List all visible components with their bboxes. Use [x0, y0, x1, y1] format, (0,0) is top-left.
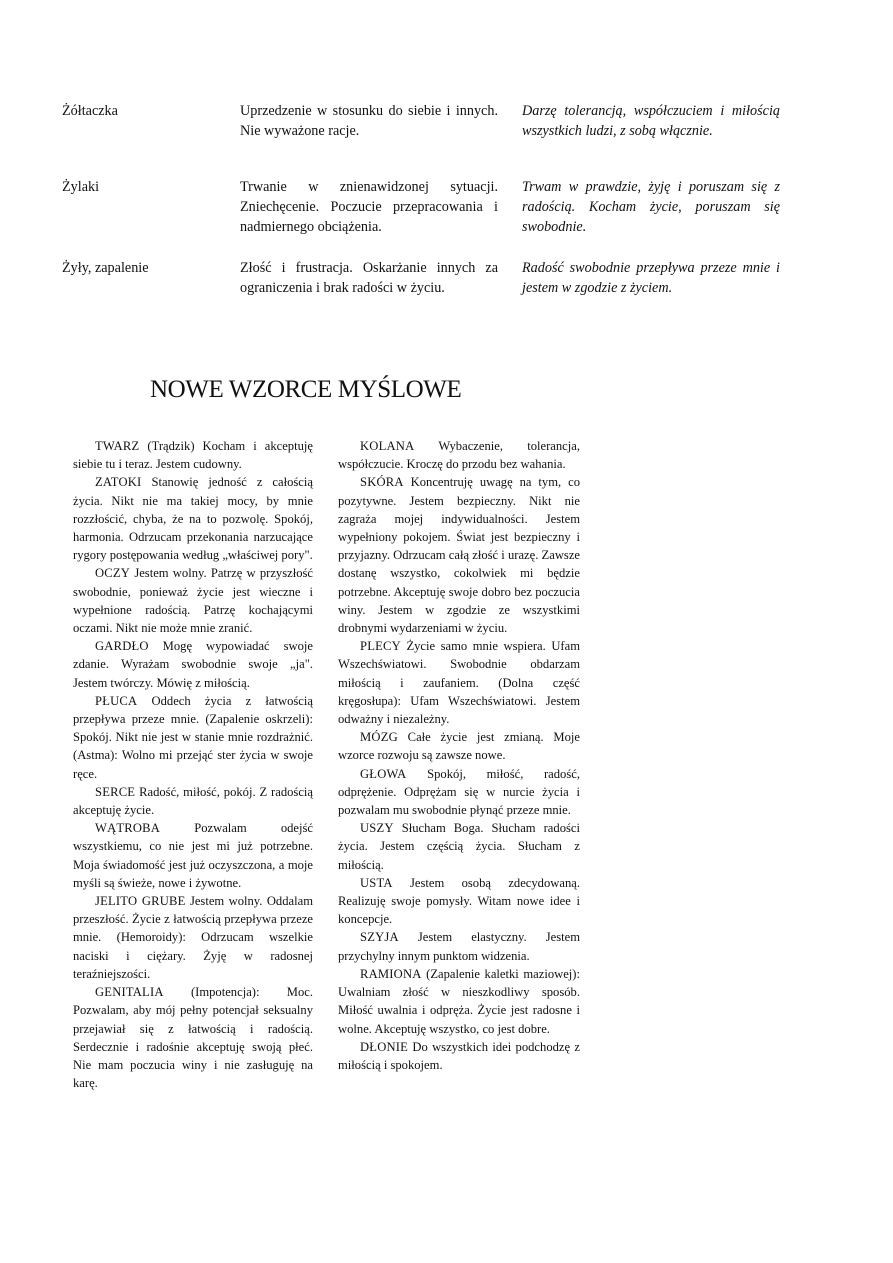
entry-paragraph: TWARZ (Trądzik) Kocham i akceptuję siebi…	[73, 437, 313, 473]
entry-heading: ZATOKI	[95, 475, 141, 489]
entry-heading: SZYJA	[360, 930, 399, 944]
entry-paragraph: SERCE Radość, miłość, pokój. Z radością …	[73, 783, 313, 819]
entry-heading: RAMIONA	[360, 967, 422, 981]
probable-cause: Uprzedzenie w stosunku do siebie i innyc…	[240, 101, 498, 141]
entry-heading: USTA	[360, 876, 393, 890]
entry-heading: KOLANA	[360, 439, 414, 453]
entry-heading: SERCE	[95, 785, 135, 799]
entry-paragraph: MÓZG Całe życie jest zmianą. Moje wzorce…	[338, 728, 580, 764]
entry-heading: MÓZG	[360, 730, 398, 744]
new-thought-pattern: Radość swobodnie przepływa przeze mnie i…	[522, 258, 780, 298]
ailment-term: Żyły, zapalenie	[62, 258, 222, 278]
entry-paragraph: USZY Słucham Boga. Słucham radości życia…	[338, 819, 580, 874]
entry-paragraph: WĄTROBA Pozwalam odejść wszystkiemu, co …	[73, 819, 313, 892]
entry-paragraph: DŁONIE Do wszystkich idei podchodzę z mi…	[338, 1038, 580, 1074]
entry-heading: TWARZ	[95, 439, 139, 453]
entry-paragraph: PLECY Życie samo mnie wspiera. Ufam Wsze…	[338, 637, 580, 728]
entry-heading: PLECY	[360, 639, 401, 653]
entry-heading: WĄTROBA	[95, 821, 160, 835]
probable-cause: Złość i frustracja. Oskarżanie innych za…	[240, 258, 498, 298]
ailment-term: Żółtaczka	[62, 101, 222, 121]
entry-text: (Impotencja): Moc. Pozwalam, aby mój peł…	[73, 985, 313, 1090]
entry-paragraph: GENITALIA (Impotencja): Moc. Pozwalam, a…	[73, 983, 313, 1092]
entry-paragraph: ZATOKI Stanowię jedność z całością życia…	[73, 473, 313, 564]
entry-paragraph: USTA Jestem osobą zdecydowaną. Realizuję…	[338, 874, 580, 929]
new-thought-pattern: Darzę tolerancją, współczuciem i miłości…	[522, 101, 780, 141]
entry-heading: JELITO GRUBE	[95, 894, 186, 908]
entry-paragraph: GŁOWA Spokój, miłość, radość, odprężenie…	[338, 765, 580, 820]
entry-heading: SKÓRA	[360, 475, 404, 489]
right-column: KOLANA Wybaczenie, tolerancja, współczuc…	[338, 437, 580, 1074]
entry-heading: DŁONIE	[360, 1040, 408, 1054]
entry-text: Koncentruję uwagę na tym, co pozytywne. …	[338, 475, 580, 635]
entry-paragraph: KOLANA Wybaczenie, tolerancja, współczuc…	[338, 437, 580, 473]
entry-heading: OCZY	[95, 566, 130, 580]
entry-heading: GŁOWA	[360, 767, 406, 781]
entry-paragraph: RAMIONA (Zapalenie kaletki maziowej): Uw…	[338, 965, 580, 1038]
entry-paragraph: SKÓRA Koncentruję uwagę na tym, co pozyt…	[338, 473, 580, 637]
entry-heading: GENITALIA	[95, 985, 164, 999]
entry-heading: GARDŁO	[95, 639, 149, 653]
probable-cause: Trwanie w znienawidzonej sytuacji. Zniec…	[240, 177, 498, 237]
ailment-term: Żylaki	[62, 177, 222, 197]
entry-heading: PŁUCA	[95, 694, 137, 708]
entry-paragraph: PŁUCA Oddech życia z łatwością przepływa…	[73, 692, 313, 783]
entry-paragraph: SZYJA Jestem elastyczny. Jestem przychyl…	[338, 928, 580, 964]
left-column: TWARZ (Trądzik) Kocham i akceptuję siebi…	[73, 437, 313, 1092]
entry-paragraph: JELITO GRUBE Jestem wolny. Oddalam przes…	[73, 892, 313, 983]
entry-paragraph: OCZY Jestem wolny. Patrzę w przyszłość s…	[73, 564, 313, 637]
entry-heading: USZY	[360, 821, 394, 835]
section-title: NOWE WZORCE MYŚLOWE	[150, 376, 500, 404]
entry-paragraph: GARDŁO Mogę wypowiadać swoje zdanie. Wyr…	[73, 637, 313, 692]
new-thought-pattern: Trwam w prawdzie, żyję i poruszam się z …	[522, 177, 780, 237]
